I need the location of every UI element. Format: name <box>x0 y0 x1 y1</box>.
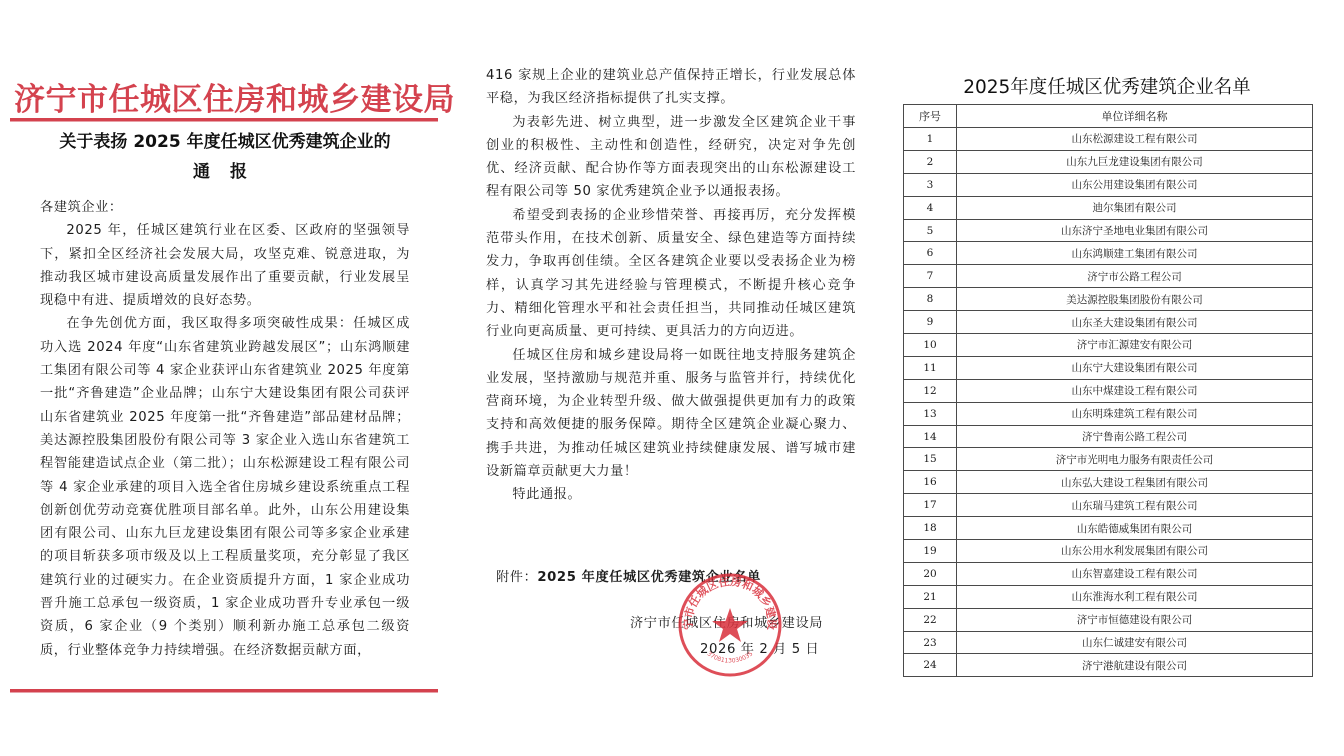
company-name: 济宁市公路工程公司 <box>957 265 1313 288</box>
table-row: 18山东皓德威集团有限公司 <box>904 517 1313 540</box>
table-row: 19山东公用水利发展集团有限公司 <box>904 540 1313 563</box>
company-name: 山东宁大建设集团有限公司 <box>957 356 1313 379</box>
company-name: 美达源控股集团股份有限公司 <box>957 288 1313 311</box>
company-name: 济宁鲁南公路工程公司 <box>957 425 1313 448</box>
company-name: 山东九巨龙建设集团有限公司 <box>957 150 1313 173</box>
row-number: 6 <box>904 242 957 265</box>
red-divider-bottom <box>10 689 438 693</box>
company-name: 山东仁诚建安有限公司 <box>957 631 1313 654</box>
company-name: 山东圣大建设集团有限公司 <box>957 311 1313 334</box>
table-row: 24济宁港航建设有限公司 <box>904 654 1313 677</box>
row-number: 22 <box>904 608 957 631</box>
table-row: 4迪尔集团有限公司 <box>904 196 1313 219</box>
paragraph: 为表彰先进、树立典型，进一步激发全区建筑企业干事创业的积极性、主动性和创造性，经… <box>486 111 856 204</box>
company-name: 济宁港航建设有限公司 <box>957 654 1313 677</box>
row-number: 18 <box>904 517 957 540</box>
left-body-text: 各建筑企业： 2025 年，任城区建筑行业在区委、区政府的坚强领导下，紧扣全区经… <box>40 196 410 662</box>
svg-text:3708113030035: 3708113030035 <box>706 650 755 664</box>
red-divider-top <box>10 118 438 122</box>
row-number: 23 <box>904 631 957 654</box>
document-title-notice: 通报 <box>0 157 450 182</box>
notice-page-2: 416 家规上企业的建筑业总产值保持正增长，行业发展总体平稳，为我区经济指标提供… <box>460 0 900 756</box>
column-header-name: 单位详细名称 <box>957 105 1313 128</box>
row-number: 4 <box>904 196 957 219</box>
row-number: 24 <box>904 654 957 677</box>
row-number: 17 <box>904 494 957 517</box>
row-number: 2 <box>904 150 957 173</box>
company-name: 山东瑞马建筑工程有限公司 <box>957 494 1313 517</box>
table-row: 10济宁市汇源建安有限公司 <box>904 334 1313 357</box>
paragraph: 任城区住房和城乡建设局将一如既往地支持服务建筑企业发展，坚持激励与规范并重、服务… <box>486 344 856 484</box>
table-row: 2山东九巨龙建设集团有限公司 <box>904 150 1313 173</box>
table-row: 3山东公用建设集团有限公司 <box>904 173 1313 196</box>
attachment-page: 2025年度任城区优秀建筑企业名单 序号 单位详细名称 1山东松源建设工程有限公… <box>900 0 1344 756</box>
company-name: 山东济宁圣地电业集团有限公司 <box>957 219 1313 242</box>
table-row: 6山东鸿顺建工集团有限公司 <box>904 242 1313 265</box>
table-row: 9山东圣大建设集团有限公司 <box>904 311 1313 334</box>
row-number: 19 <box>904 540 957 563</box>
row-number: 11 <box>904 356 957 379</box>
row-number: 14 <box>904 425 957 448</box>
middle-body-text: 416 家规上企业的建筑业总产值保持正增长，行业发展总体平稳，为我区经济指标提供… <box>486 64 856 507</box>
company-name: 山东明珠建筑工程有限公司 <box>957 402 1313 425</box>
company-table: 序号 单位详细名称 1山东松源建设工程有限公司 2山东九巨龙建设集团有限公司 3… <box>903 104 1313 677</box>
company-name: 山东松源建设工程有限公司 <box>957 128 1313 151</box>
row-number: 16 <box>904 471 957 494</box>
seal-code: 3708113030035 <box>706 650 755 664</box>
paragraph: 特此通报。 <box>486 483 856 506</box>
row-number: 13 <box>904 402 957 425</box>
company-name: 济宁市光明电力服务有限责任公司 <box>957 448 1313 471</box>
table-row: 15济宁市光明电力服务有限责任公司 <box>904 448 1313 471</box>
table-row: 1山东松源建设工程有限公司 <box>904 128 1313 151</box>
company-name: 济宁市恒德建设有限公司 <box>957 608 1313 631</box>
row-number: 3 <box>904 173 957 196</box>
table-header-row: 序号 单位详细名称 <box>904 105 1313 128</box>
table-row: 23山东仁诚建安有限公司 <box>904 631 1313 654</box>
table-row: 8美达源控股集团股份有限公司 <box>904 288 1313 311</box>
table-row: 13山东明珠建筑工程有限公司 <box>904 402 1313 425</box>
agency-header: 济宁市任城区住房和城乡建设局 <box>14 74 439 119</box>
table-row: 12山东中煤建设工程有限公司 <box>904 379 1313 402</box>
table-row: 11山东宁大建设集团有限公司 <box>904 356 1313 379</box>
company-name: 山东中煤建设工程有限公司 <box>957 379 1313 402</box>
row-number: 1 <box>904 128 957 151</box>
table-row: 14济宁鲁南公路工程公司 <box>904 425 1313 448</box>
company-name: 山东鸿顺建工集团有限公司 <box>957 242 1313 265</box>
company-name: 济宁市汇源建安有限公司 <box>957 334 1313 357</box>
row-number: 5 <box>904 219 957 242</box>
table-row: 5山东济宁圣地电业集团有限公司 <box>904 219 1313 242</box>
company-name: 山东皓德威集团有限公司 <box>957 517 1313 540</box>
row-number: 21 <box>904 585 957 608</box>
row-number: 15 <box>904 448 957 471</box>
row-number: 10 <box>904 334 957 357</box>
paragraph: 希望受到表扬的企业珍惜荣誉、再接再厉，充分发挥模范带头作用，在技术创新、质量安全… <box>486 204 856 344</box>
row-number: 9 <box>904 311 957 334</box>
row-number: 7 <box>904 265 957 288</box>
table-row: 20山东智嘉建设工程有限公司 <box>904 562 1313 585</box>
company-name: 山东公用建设集团有限公司 <box>957 173 1313 196</box>
company-name: 山东淮海水利工程有限公司 <box>957 585 1313 608</box>
row-number: 8 <box>904 288 957 311</box>
company-name: 山东公用水利发展集团有限公司 <box>957 540 1313 563</box>
paragraph: 2025 年，任城区建筑行业在区委、区政府的坚强领导下，紧扣全区经济社会发展大局… <box>40 219 410 312</box>
table-row: 7济宁市公路工程公司 <box>904 265 1313 288</box>
table-row: 16山东弘大建设工程集团有限公司 <box>904 471 1313 494</box>
paragraph: 在争先创优方面，我区取得多项突破性成果：任城区成功入选 2024 年度“山东省建… <box>40 312 410 661</box>
salutation: 各建筑企业： <box>40 196 410 219</box>
row-number: 20 <box>904 562 957 585</box>
official-seal-icon: 济宁市任城区住房和城乡建设局 3708113030035 <box>675 570 785 680</box>
document-title: 关于表扬 2025 年度任城区优秀建筑企业的 <box>0 127 450 152</box>
notice-page-1: 济宁市任城区住房和城乡建设局 关于表扬 2025 年度任城区优秀建筑企业的 通报… <box>0 0 450 756</box>
paragraph: 416 家规上企业的建筑业总产值保持正增长，行业发展总体平稳，为我区经济指标提供… <box>486 64 856 111</box>
list-title: 2025年度任城区优秀建筑企业名单 <box>900 73 1314 99</box>
row-number: 12 <box>904 379 957 402</box>
attachment-label: 附件： <box>496 570 537 585</box>
company-name: 山东智嘉建设工程有限公司 <box>957 562 1313 585</box>
company-name: 山东弘大建设工程集团有限公司 <box>957 471 1313 494</box>
table-row: 17山东瑞马建筑工程有限公司 <box>904 494 1313 517</box>
column-header-no: 序号 <box>904 105 957 128</box>
table-row: 21山东淮海水利工程有限公司 <box>904 585 1313 608</box>
table-row: 22济宁市恒德建设有限公司 <box>904 608 1313 631</box>
company-name: 迪尔集团有限公司 <box>957 196 1313 219</box>
